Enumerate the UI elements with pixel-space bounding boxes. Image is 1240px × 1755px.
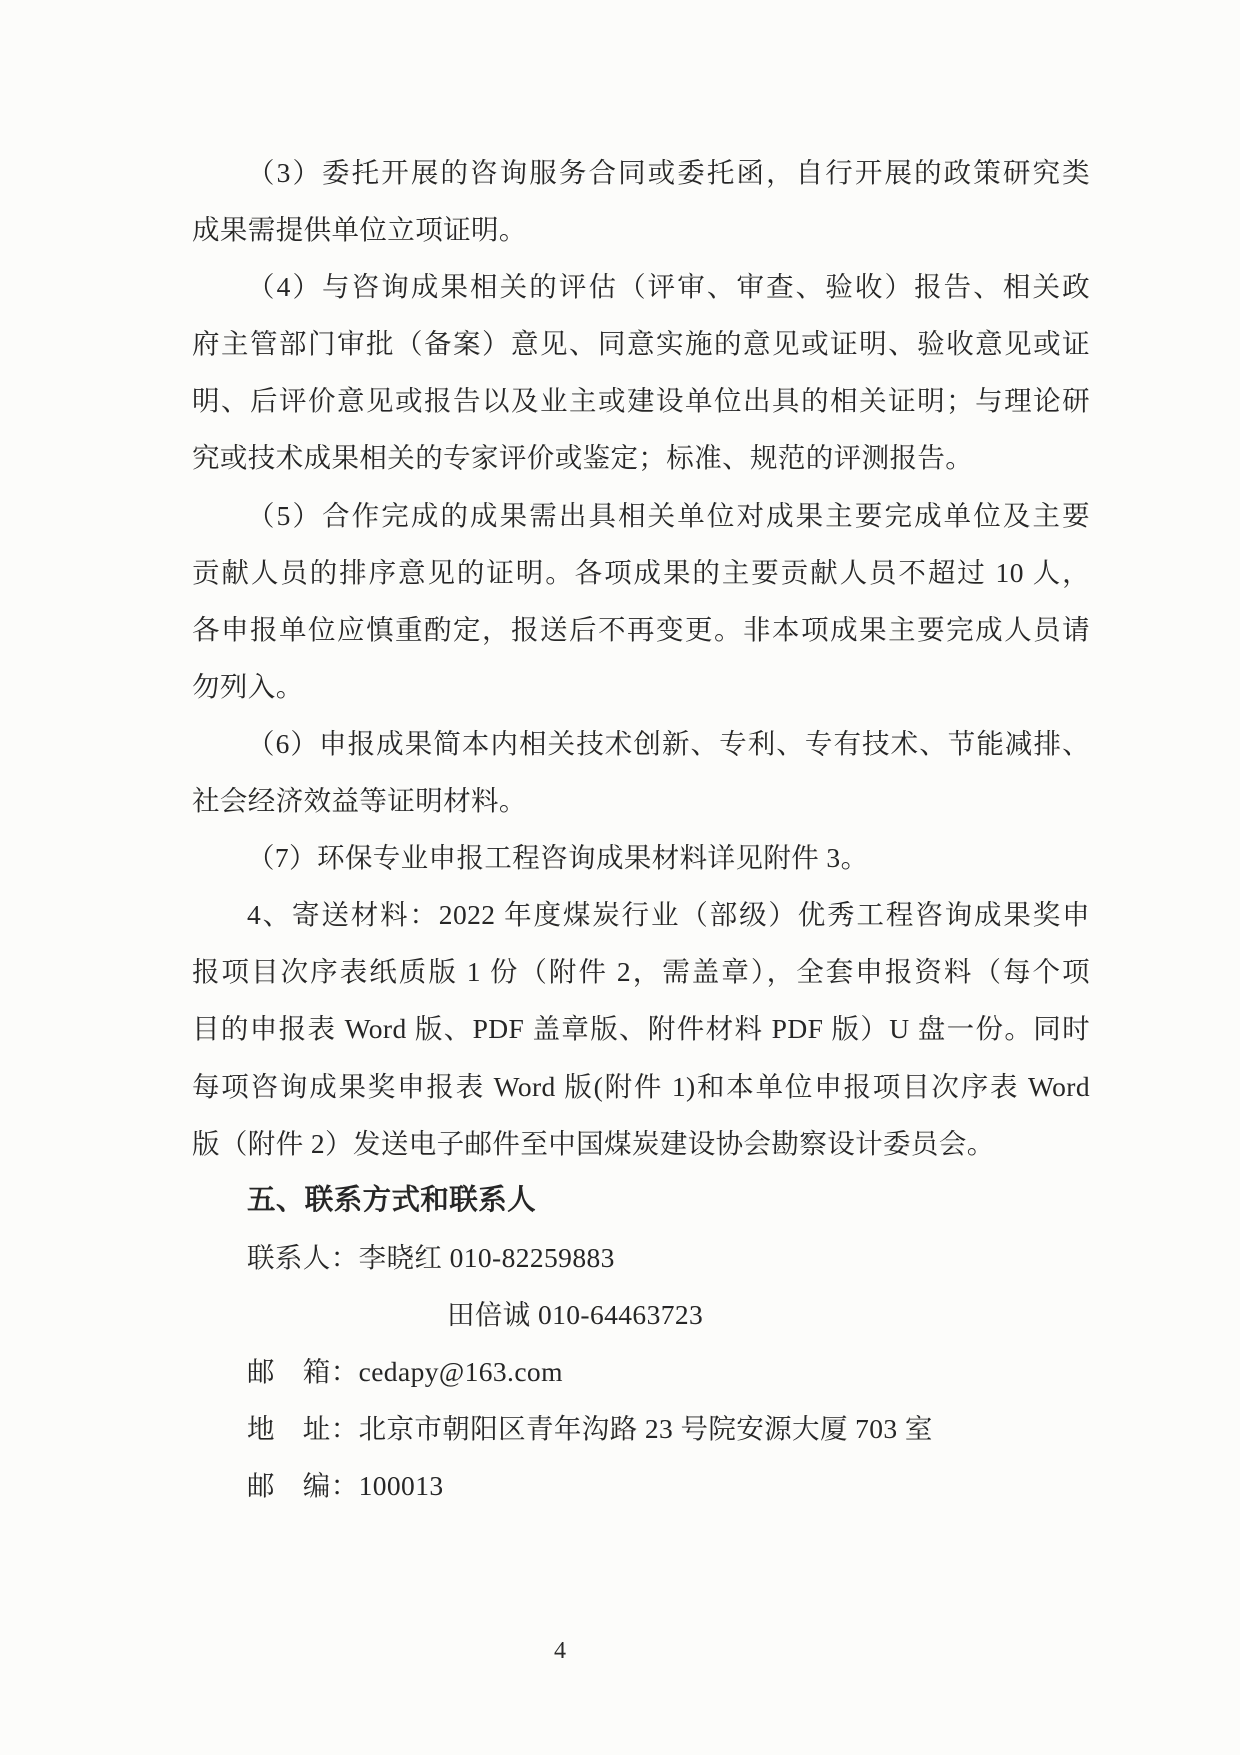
text-line: 版（附件 2）发送电子邮件至中国煤炭建设协会勘察设计委员会。: [192, 1115, 1090, 1172]
text-line: （4）与咨询成果相关的评估（评审、审查、验收）报告、相关政: [192, 258, 1090, 315]
text-line: 4、寄送材料：2022 年度煤炭行业（部级）优秀工程咨询成果奖申: [192, 886, 1090, 943]
text-line: 各申报单位应慎重酌定，报送后不再变更。非本项成果主要完成人员请: [192, 601, 1090, 658]
text-line: 成果需提供单位立项证明。: [192, 201, 1090, 258]
page-number: 4: [460, 1638, 660, 1665]
text-line: （7）环保专业申报工程咨询成果材料详见附件 3。: [192, 829, 1090, 886]
text-line: 目的申报表 Word 版、PDF 盖章版、附件材料 PDF 版）U 盘一份。同时…: [192, 1000, 1090, 1057]
text-line: 贡献人员的排序意见的证明。各项成果的主要贡献人员不超过 10 人，: [192, 544, 1090, 601]
text-line: 田倍诚 010-64463723: [192, 1286, 1090, 1343]
text-line: （6）申报成果简本内相关技术创新、专利、专有技术、节能减排、: [192, 715, 1090, 772]
text-line: 报项目次序表纸质版 1 份（附件 2，需盖章），全套申报资料（每个项: [192, 943, 1090, 1000]
text-line: （5）合作完成的成果需出具相关单位对成果主要完成单位及主要: [192, 487, 1090, 544]
text-block: （3）委托开展的咨询服务合同或委托函，自行开展的政策研究类成果需提供单位立项证明…: [192, 144, 1090, 1514]
text-line: 五、联系方式和联系人: [192, 1172, 1090, 1229]
text-line: 勿列入。: [192, 658, 1090, 715]
text-line: 社会经济效益等证明材料。: [192, 772, 1090, 829]
text-line: 每项咨询成果奖申报表 Word 版(附件 1)和本单位申报项目次序表 Word: [192, 1058, 1090, 1115]
text-line: （3）委托开展的咨询服务合同或委托函，自行开展的政策研究类: [192, 144, 1090, 201]
text-line: 明、后评价意见或报告以及业主或建设单位出具的相关证明；与理论研: [192, 372, 1090, 429]
text-line: 府主管部门审批（备案）意见、同意实施的意见或证明、验收意见或证: [192, 315, 1090, 372]
text-line: 邮 箱：cedapy@163.com: [192, 1343, 1090, 1400]
text-line: 邮 编：100013: [192, 1457, 1090, 1514]
text-line: 究或技术成果相关的专家评价或鉴定；标准、规范的评测报告。: [192, 429, 1090, 486]
document-page: （3）委托开展的咨询服务合同或委托函，自行开展的政策研究类成果需提供单位立项证明…: [0, 0, 1240, 1755]
text-line: 地 址：北京市朝阳区青年沟路 23 号院安源大厦 703 室: [192, 1400, 1090, 1457]
text-line: 联系人：李晓红 010-82259883: [192, 1229, 1090, 1286]
